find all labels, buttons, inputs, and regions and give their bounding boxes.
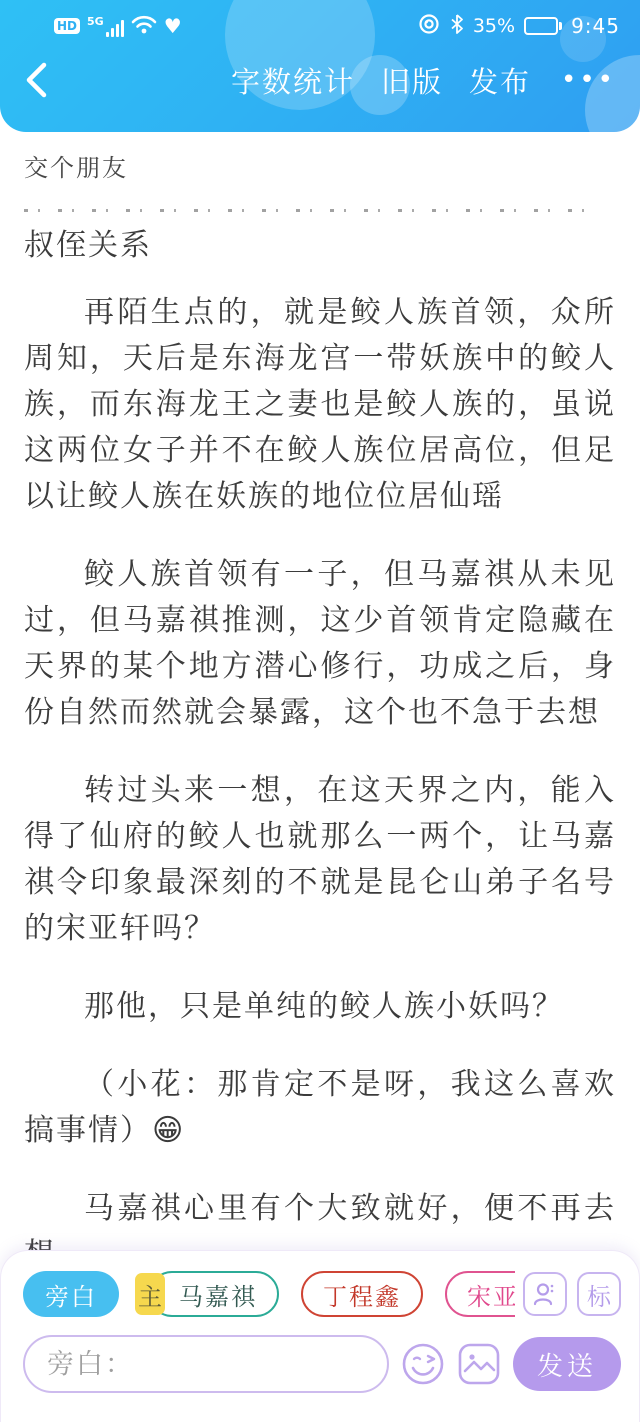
clipped-text-line	[24, 205, 600, 212]
nav-bar: 字数统计 旧版 发布 •••	[0, 44, 640, 116]
smiley-wink-icon	[401, 1342, 445, 1386]
person-icon	[532, 1281, 558, 1307]
health-heart-icon: ♥	[164, 16, 182, 36]
picture-icon	[457, 1342, 501, 1386]
tag-main-character-wrap: 主 马嘉祺	[135, 1271, 279, 1317]
bluetooth-icon	[450, 14, 464, 39]
emoji-button[interactable]	[401, 1342, 445, 1386]
battery-percent: 35%	[473, 15, 515, 37]
dialogue-input[interactable]	[23, 1335, 389, 1393]
tag-narrator[interactable]: 旁白	[23, 1271, 119, 1317]
image-button[interactable]	[457, 1342, 501, 1386]
section-title: 叔侄关系	[24, 220, 616, 264]
publish-button[interactable]: 发布	[469, 60, 531, 101]
signal-5g-icon: 5G	[87, 15, 124, 37]
chevron-left-icon	[24, 62, 48, 98]
book-title: 交个朋友	[24, 148, 616, 183]
composer-panel: 旁白 主 马嘉祺 丁程鑫 宋亚轩 刘耀 标	[0, 1250, 640, 1422]
composer-input-row: 发送	[23, 1335, 621, 1393]
tag-character-2[interactable]: 丁程鑫	[301, 1271, 423, 1317]
characters-button[interactable]	[523, 1272, 567, 1316]
battery-icon	[524, 17, 562, 35]
story-paragraph: 再陌生点的，就是鲛人族首领，众所周知，天后是东海龙宫一带妖族中的鲛人族，而东海龙…	[24, 290, 616, 520]
label-button[interactable]: 标	[577, 1272, 621, 1316]
eye-comfort-icon	[417, 14, 441, 39]
story-paragraph: 鲛人族首领有一子，但马嘉祺从未见过，但马嘉祺推测，这少首领肯定隐藏在天界的某个地…	[24, 552, 616, 736]
status-left: HD 5G ♥	[54, 14, 182, 39]
status-bar: HD 5G ♥	[0, 0, 640, 44]
main-role-badge: 主	[135, 1273, 165, 1315]
story-paragraph: （小花：那肯定不是呀，我这么喜欢搞事情）😁	[24, 1062, 616, 1154]
signal-bars-icon	[106, 20, 124, 37]
wifi-icon	[131, 14, 157, 39]
clock-time: 9:45	[571, 14, 620, 38]
hd-icon: HD	[54, 18, 80, 34]
status-right: 35% 9:45	[417, 14, 620, 39]
old-version-button[interactable]: 旧版	[381, 60, 443, 101]
label-glyph: 标	[587, 1277, 611, 1312]
back-button[interactable]	[24, 60, 64, 100]
character-tags-row: 旁白 主 马嘉祺 丁程鑫 宋亚轩 刘耀 标	[23, 1269, 621, 1319]
tag-character-1[interactable]: 马嘉祺	[149, 1271, 279, 1317]
tag-tools: 标	[515, 1269, 621, 1319]
word-count-button[interactable]: 字数统计	[231, 60, 355, 101]
story-paragraph: 转过头来一想，在这天界之内，能入得了仙府的鲛人也就那么一两个，让马嘉祺令印象最深…	[24, 768, 616, 952]
app-header: HD 5G ♥	[0, 0, 640, 132]
nav-actions: 字数统计 旧版 发布 •••	[231, 60, 616, 101]
story-content: 交个朋友 叔侄关系 再陌生点的，就是鲛人族首领，众所周知，天后是东海龙宫一带妖族…	[0, 132, 640, 1396]
more-menu-button[interactable]: •••	[561, 65, 616, 95]
story-paragraph: 那他，只是单纯的鲛人族小妖吗？	[24, 984, 616, 1030]
send-button[interactable]: 发送	[513, 1337, 621, 1391]
